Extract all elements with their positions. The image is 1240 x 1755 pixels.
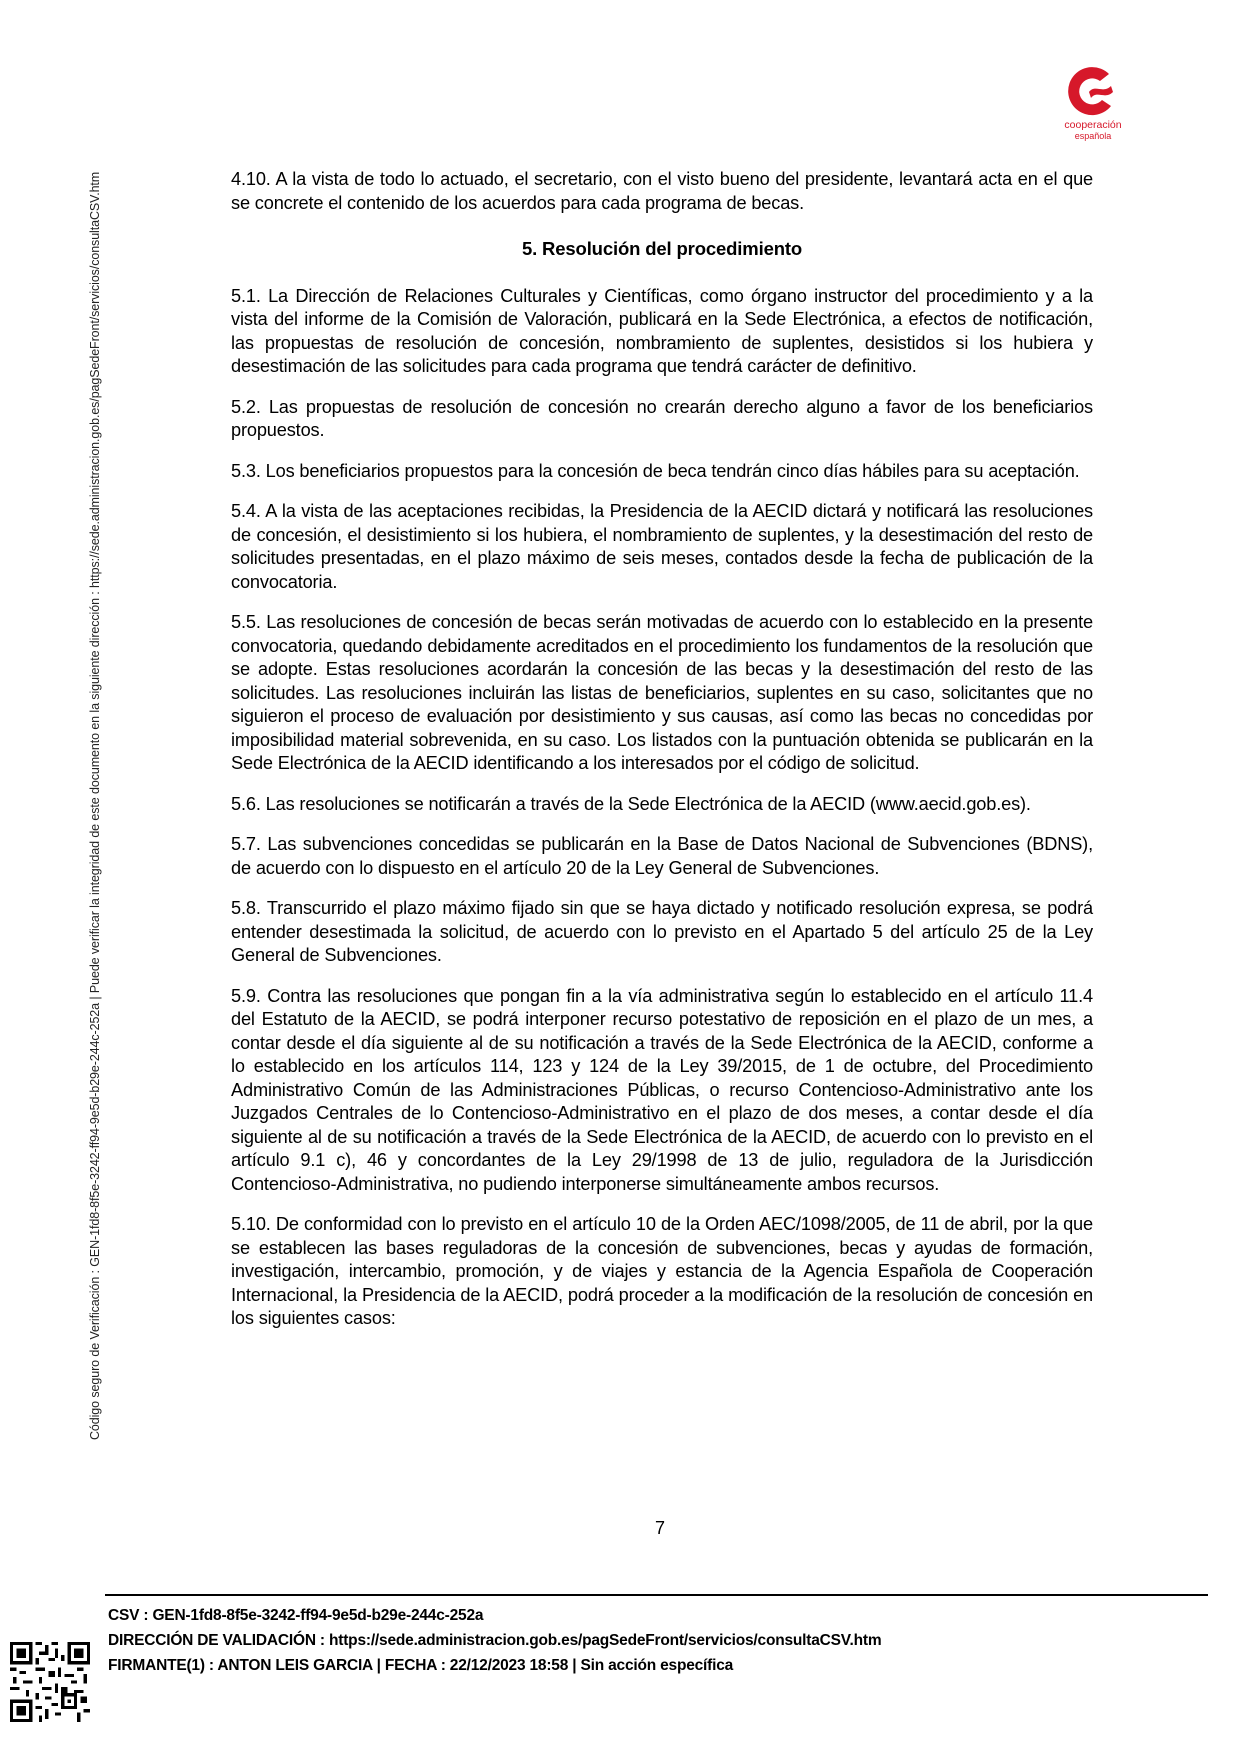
paragraph-5-5: 5.5. Las resoluciones de concesión de be…	[231, 611, 1093, 776]
qr-code-icon	[10, 1642, 90, 1722]
csv-verification-stamp: Código seguro de Verificación : GEN-1fd8…	[88, 140, 102, 1440]
paragraph-5-3: 5.3. Los beneficiarios propuestos para l…	[231, 460, 1093, 484]
page-number: 7	[0, 1518, 1240, 1539]
paragraph-5-1: 5.1. La Dirección de Relaciones Cultural…	[231, 285, 1093, 379]
paragraph-5-9: 5.9. Contra las resoluciones que pongan …	[231, 985, 1093, 1197]
paragraph-5-8: 5.8. Transcurrido el plazo máximo fijado…	[231, 897, 1093, 968]
paragraph-4-10: 4.10. A la vista de todo lo actuado, el …	[231, 168, 1093, 215]
paragraph-5-2: 5.2. Las propuestas de resolución de con…	[231, 396, 1093, 443]
logo-line-2: española	[1058, 131, 1128, 142]
footer-divider	[105, 1594, 1208, 1596]
paragraph-5-6: 5.6. Las resoluciones se notificarán a t…	[231, 793, 1093, 817]
section-heading: 5. Resolución del procedimiento	[231, 237, 1093, 261]
document-body: 4.10. A la vista de todo lo actuado, el …	[231, 168, 1093, 1348]
signature-footer: CSV : GEN-1fd8-8f5e-3242-ff94-9e5d-b29e-…	[108, 1603, 881, 1678]
paragraph-5-7: 5.7. Las subvenciones concedidas se publ…	[231, 833, 1093, 880]
paragraph-5-4: 5.4. A la vista de las aceptaciones reci…	[231, 500, 1093, 594]
csv-code: CSV : GEN-1fd8-8f5e-3242-ff94-9e5d-b29e-…	[108, 1603, 881, 1628]
paragraph-5-10: 5.10. De conformidad con lo previsto en …	[231, 1213, 1093, 1331]
logo-line-1: cooperación	[1058, 120, 1128, 131]
cooperacion-logo-icon	[1065, 62, 1121, 120]
signer-info: FIRMANTE(1) : ANTON LEIS GARCIA | FECHA …	[108, 1653, 881, 1678]
cooperacion-espanola-logo: cooperación española	[1058, 62, 1128, 142]
validation-address: DIRECCIÓN DE VALIDACIÓN : https://sede.a…	[108, 1628, 881, 1653]
